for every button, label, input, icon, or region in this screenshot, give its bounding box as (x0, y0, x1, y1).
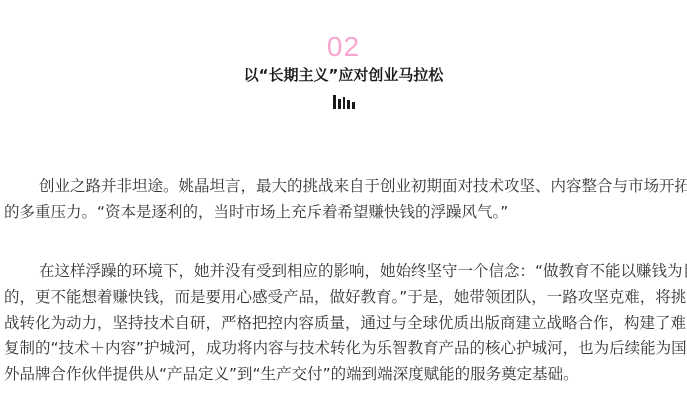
section-number: 02 (0, 30, 687, 64)
body-paragraph: 在这样浮躁的环境下，她并没有受到相应的影响，她始终坚守一个信念：“做教育不能以赚… (4, 259, 680, 388)
paragraph-line: 创业之路并非坦途。姚晶坦言，最大的挑战来自于创业初期面对技术攻坚、内容整合与市场… (4, 174, 680, 200)
bar (333, 95, 336, 109)
paragraph-line: 战转化为动力，坚持技术自研，严格把控内容质量，通过与全球优质出版商建立战略合作，… (4, 311, 680, 337)
paragraph-line: 的，更不能想着赚快钱，而是要用心感受产品，做好教育。”于是，她带领团队，一路攻坚… (4, 285, 680, 311)
bar (343, 97, 346, 109)
paragraph-line: 外品牌合作伙伴提供从“产品定义”到“生产交付”的端到端深度赋能的服务奠定基础。 (4, 362, 680, 388)
paragraph-line: 复制的“技术＋内容”护城河，成功将内容与技术转化为乐智教育产品的核心护城河，也为… (4, 336, 680, 362)
body-paragraph: 创业之路并非坦途。姚晶坦言，最大的挑战来自于创业初期面对技术攻坚、内容整合与市场… (4, 174, 680, 226)
paragraph-line: 在这样浮躁的环境下，她并没有受到相应的影响，她始终坚守一个信念：“做教育不能以赚… (4, 259, 680, 285)
bar (347, 100, 350, 109)
bar (352, 102, 355, 109)
paragraph-line: 的多重压力。“资本是逐利的，当时市场上充斥着希望赚快钱的浮躁风气。” (4, 200, 680, 226)
bar (338, 99, 341, 109)
section-title: 以“长期主义”应对创业马拉松 (0, 64, 687, 86)
bar-chart-icon (333, 95, 355, 109)
